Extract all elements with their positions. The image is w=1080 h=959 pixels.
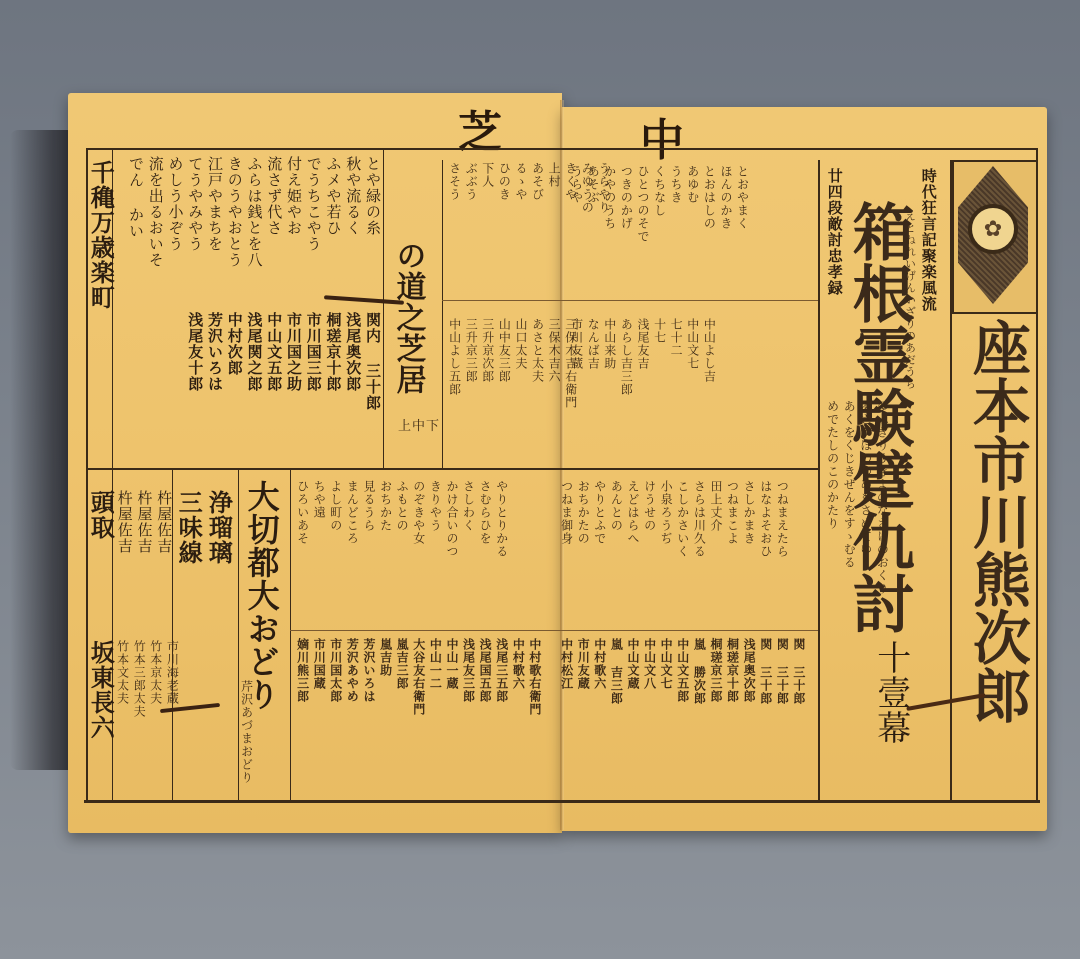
- lyric-line: ぶぶう: [465, 162, 478, 214]
- lyric-line: おちかたの: [577, 480, 590, 558]
- lower-divider-3: [238, 470, 239, 800]
- cast-line: 市川友蔵: [577, 638, 590, 705]
- lower-center-cast: 中村歌右衛門 中村歌六 浅尾三五郎 浅尾国五郎 浅尾友三郎 中山一蔵 中山一二 …: [296, 638, 541, 716]
- cast-line: 嵐吉三郎: [396, 638, 409, 716]
- lyric-line: ふメや若ひ: [325, 156, 341, 268]
- cast-line: 嵐吉助: [379, 638, 392, 716]
- lyric-line: でん かい: [127, 156, 143, 268]
- musician-name: 市川海老蔵: [166, 640, 179, 718]
- lyric-line: かけ合いのつ: [445, 480, 458, 558]
- musician-name: 竹本京太夫: [149, 640, 162, 718]
- lyric-line: 見るうら: [362, 480, 375, 558]
- cast-line: 山中友三郎: [498, 318, 511, 409]
- lyric-line: ふもとの: [396, 480, 409, 558]
- cast-line: 嫡川熊三郎: [296, 638, 309, 716]
- lyric-line: つねま御身: [560, 480, 573, 558]
- cast-line: 中山文五郎: [676, 638, 689, 705]
- lyric-line: よし町の: [329, 480, 342, 558]
- cast-line: 浅尾国五郎: [479, 638, 492, 716]
- play-subtitle: 時代狂言記聚楽風流: [920, 168, 936, 312]
- cast-line: 中村歌六: [593, 638, 606, 705]
- cast-line: 三升京次郎: [481, 318, 494, 409]
- cast-line: 桐瑳京三郎: [709, 638, 722, 705]
- lower-right-cast: 関 三十郎 関 三十郎 関 三十郎 浅尾奥次郎 桐瑳京十郎 桐瑳京三郎 嵐 勝次…: [560, 638, 805, 705]
- zamoto-title: 座本市川熊次郎: [966, 318, 1027, 798]
- cast-line: 関内 三十郎: [364, 312, 380, 411]
- cast-line: 市川国蔵: [313, 638, 326, 716]
- cast-line: 中村歌右衛門: [528, 638, 541, 716]
- cast-line: 中村松江: [560, 638, 573, 705]
- cast-line: 市川国太郎: [329, 638, 342, 716]
- lower-divider-4: [290, 470, 291, 800]
- finale-note: 芹沢あづまおどり: [240, 680, 253, 784]
- cast-line: 中山来助: [603, 318, 616, 396]
- lower-right-lyrics: つねまえたら はなよそおひ さしかまき つねまこよ 田上丈介 さらは川久る こし…: [560, 480, 788, 558]
- head-name: 坂東長六: [88, 640, 113, 740]
- cast-line: 十七: [653, 318, 666, 396]
- lyric-line: 流を出るおいそ: [147, 156, 163, 268]
- lyric-line: とおはしの: [703, 165, 716, 243]
- lyric-line: 秋や流るく: [345, 156, 361, 268]
- lyric-line: はなよそおひ: [759, 480, 772, 558]
- cast-line: 市川国三郎: [305, 312, 321, 411]
- cast-line: 市川国之助: [285, 312, 301, 411]
- upper-right-lyrics: とおやまく ほんのかき とおはしの あゆむ うちき くちなし ひとつのそで つき…: [570, 165, 749, 243]
- lyric-line: 付え姫やお: [285, 156, 301, 268]
- lyric-line: つねまえたら: [776, 480, 789, 558]
- lyric-line: さそう: [448, 162, 461, 214]
- lyric-line: えどはらへ: [626, 480, 639, 558]
- cast-line: 三保木吉六: [548, 318, 561, 409]
- cast-line: 関 三十郎: [759, 638, 772, 705]
- lyric-line: つきのかげ: [620, 165, 633, 243]
- lyric-line: るゝや: [514, 162, 527, 214]
- lyric-line: まんどころ: [346, 480, 359, 558]
- small-text-line: ゆふぎりうきよのなさけのおくり: [876, 400, 889, 595]
- cast-line: 桐瑳京十郎: [325, 312, 341, 411]
- upper-divider-1: [383, 148, 384, 468]
- joruri-label: 浄瑠璃: [206, 490, 231, 565]
- cast-line: 芳沢いろは: [362, 638, 375, 716]
- middle-heading: の道之芝居: [392, 240, 424, 395]
- lyric-line: こしかさいく: [676, 480, 689, 558]
- performer-name: 杵屋佐吉: [136, 490, 152, 554]
- cast-line: 浅尾友三郎: [462, 638, 475, 716]
- cast-line: 関 三十郎: [776, 638, 789, 705]
- lyric-line: 下人: [481, 162, 494, 214]
- lyric-line: やりとふで: [593, 480, 606, 558]
- lyric-line: うちき: [670, 165, 683, 243]
- lyric-line: でうちこやう: [305, 156, 321, 268]
- lower-center-lyrics: やりとりかる さむらひを さしわく かけ合いのつ きりやう のぞきや女 ふもとの…: [296, 480, 508, 558]
- cast-line: 嵐 吉三郎: [610, 638, 623, 705]
- lyric-line: てうやみやう: [187, 156, 203, 268]
- upper-divider-2: [442, 160, 443, 468]
- lyric-line: とおやまく: [736, 165, 749, 243]
- acts-count: 十壹幕: [872, 640, 908, 745]
- frame-top-line: [86, 148, 1036, 150]
- finale-title: 大切都大おどり: [244, 480, 278, 711]
- lyric-line: ほんのかき: [719, 165, 732, 243]
- zamoto-label: 座本: [963, 318, 1031, 434]
- title-divider-line: [818, 160, 820, 802]
- lyric-line: きのうやおとう: [226, 156, 242, 268]
- cast-line: 中山文七: [660, 638, 673, 705]
- lyric-line: のぞきや女: [412, 480, 425, 558]
- lyric-line: うらや: [570, 165, 583, 243]
- musician-name: 竹本三郎太夫: [133, 640, 146, 718]
- cast-line: 中山文蔵: [626, 638, 639, 705]
- main-title-furigana: えとねれいげんいざりのあだうち: [904, 210, 916, 390]
- paulownia-crest-icon: ✿: [968, 204, 1018, 254]
- shamisen-performers: 杵屋佐吉 杵屋佐吉 杵屋佐吉: [116, 490, 171, 554]
- cast-line: 中山一蔵: [445, 638, 458, 716]
- musician-name: 竹本文太夫: [116, 640, 129, 718]
- lyric-line: さらは川久る: [693, 480, 706, 558]
- performer-name: 杵屋佐吉: [156, 490, 172, 554]
- lyric-line: ひのき: [498, 162, 511, 214]
- cast-line: 嵐 勝次郎: [693, 638, 706, 705]
- middle-subheading: 上中下: [398, 420, 440, 434]
- head-label: 頭取: [88, 490, 113, 540]
- lyric-line: ふらは銭とを八: [246, 156, 262, 268]
- lyric-line: あそび: [531, 162, 544, 214]
- lyric-line: やりとりかる: [495, 480, 508, 558]
- cast-line: 浅尾奥次郎: [345, 312, 361, 411]
- lyric-line: あゆむ: [686, 165, 699, 243]
- cast-line: 大谷友右衛門: [412, 638, 425, 716]
- performer-name: 杵屋佐吉: [116, 490, 132, 554]
- musicians-list: 市川海老蔵 竹本京太夫 竹本三郎太夫 竹本文太夫: [116, 640, 178, 718]
- lyric-line: 小泉ろうぢ: [660, 480, 673, 558]
- cast-line: 中山よし吉: [703, 318, 716, 396]
- upper-cast-divider: [442, 300, 818, 301]
- lyric-line: さしわく: [462, 480, 475, 558]
- cast-line: 中山文七: [686, 318, 699, 396]
- cast-line: 三升京三郎: [465, 318, 478, 409]
- cast-line: 中山よし五郎: [448, 318, 461, 409]
- cast-line: 浅尾奥次郎: [743, 638, 756, 705]
- lyric-line: ひろいあそ: [296, 480, 309, 558]
- lyric-line: 流さず代さ: [266, 156, 282, 268]
- cast-line: 中山文五郎: [266, 312, 282, 411]
- lyric-line: くちなし: [653, 165, 666, 243]
- lyric-line: さしかまき: [743, 480, 756, 558]
- cast-line: 関 三十郎: [792, 638, 805, 705]
- lyric-line: ちや遠: [313, 480, 326, 558]
- crest-box: ✿: [952, 160, 1038, 314]
- cast-line: 中山一二: [429, 638, 442, 716]
- header-char-right: 中: [640, 104, 684, 168]
- lyric-line: けうせの: [643, 480, 656, 558]
- cast-line: あらし吉三郎: [620, 318, 633, 396]
- upper-right-cast: 中山よし吉 中山文七 七十二 十七 浅尾友吉 あらし吉三郎 中山来助 なんば吉 …: [570, 318, 715, 396]
- cast-line: 芳沢いろは: [206, 312, 222, 411]
- cast-line: 中山文八: [643, 638, 656, 705]
- upper-left-lyrics: とや緑の糸 秋や流るく ふメや若ひ でうちこやう 付え姫やお 流さず代さ ふらは…: [116, 156, 380, 268]
- lower-cast-divider: [290, 630, 818, 631]
- lyric-line: あそぶ: [587, 165, 600, 243]
- shamisen-label: 三味線: [176, 490, 201, 565]
- lyric-line: とや緑の糸: [364, 156, 380, 268]
- header-char-left: 芝: [458, 96, 502, 160]
- cast-line: 芳沢あやめ: [346, 638, 359, 716]
- lyric-line: おちかた: [379, 480, 392, 558]
- cast-line: 中村歌六: [512, 638, 525, 716]
- cast-line: 浅尾友吉: [636, 318, 649, 396]
- upper-left-heading: 千穐万歳楽町: [88, 160, 113, 310]
- cast-line: 山口太夫: [514, 318, 527, 409]
- small-text-line: あさがほのゆめもさめてゆく: [859, 400, 872, 595]
- lyric-line: 上村: [548, 162, 561, 214]
- cast-line: 市川友蔵: [570, 318, 583, 396]
- cast-line: 桐瑳京十郎: [726, 638, 739, 705]
- right-small-text: ゆふぎりうきよのなさけのおくり あさがほのゆめもさめてゆく あくをくじきぜんをす…: [826, 400, 888, 595]
- small-text-line: あくをくじきぜんをすゝむる: [843, 400, 856, 595]
- lyric-line: 田上丈介: [709, 480, 722, 558]
- cast-line: 浅尾友十郎: [187, 312, 203, 411]
- lyric-line: かやのうち: [603, 165, 616, 243]
- lyric-line: 江戸やまちを: [206, 156, 222, 268]
- small-text-line: めでたしのこのかたり: [826, 400, 839, 595]
- cast-line: 浅尾三五郎: [495, 638, 508, 716]
- frame-middle-line: [86, 468, 818, 470]
- lyric-line: あんとの: [610, 480, 623, 558]
- cast-line: 中村次郎: [226, 312, 242, 411]
- middle-cast: 三保木吉右衛門 三保木吉六 あさと太夫 山口太夫 山中友三郎 三升京次郎 三升京…: [448, 318, 577, 409]
- frame-bottom-line: [84, 800, 1040, 803]
- lyric-line: めしう小ぞう: [167, 156, 183, 268]
- lyric-line: きりやう: [429, 480, 442, 558]
- upper-left-cast: 関内 三十郎 浅尾奥次郎 桐瑳京十郎 市川国三郎 市川国之助 中山文五郎 浅尾関…: [116, 312, 380, 411]
- lyric-line: さむらひを: [479, 480, 492, 558]
- cast-line: なんば吉: [587, 318, 600, 396]
- lyric-line: つねまこよ: [726, 480, 739, 558]
- play-subtitle-2: 廿四段敵討忠孝録: [826, 168, 842, 296]
- zamoto-name: 市川熊次郎: [963, 434, 1031, 724]
- lyric-line: ひとつのそで: [636, 165, 649, 243]
- cast-line: 浅尾関之郎: [246, 312, 262, 411]
- cast-line: 七十二: [670, 318, 683, 396]
- cast-line: あさと太夫: [531, 318, 544, 409]
